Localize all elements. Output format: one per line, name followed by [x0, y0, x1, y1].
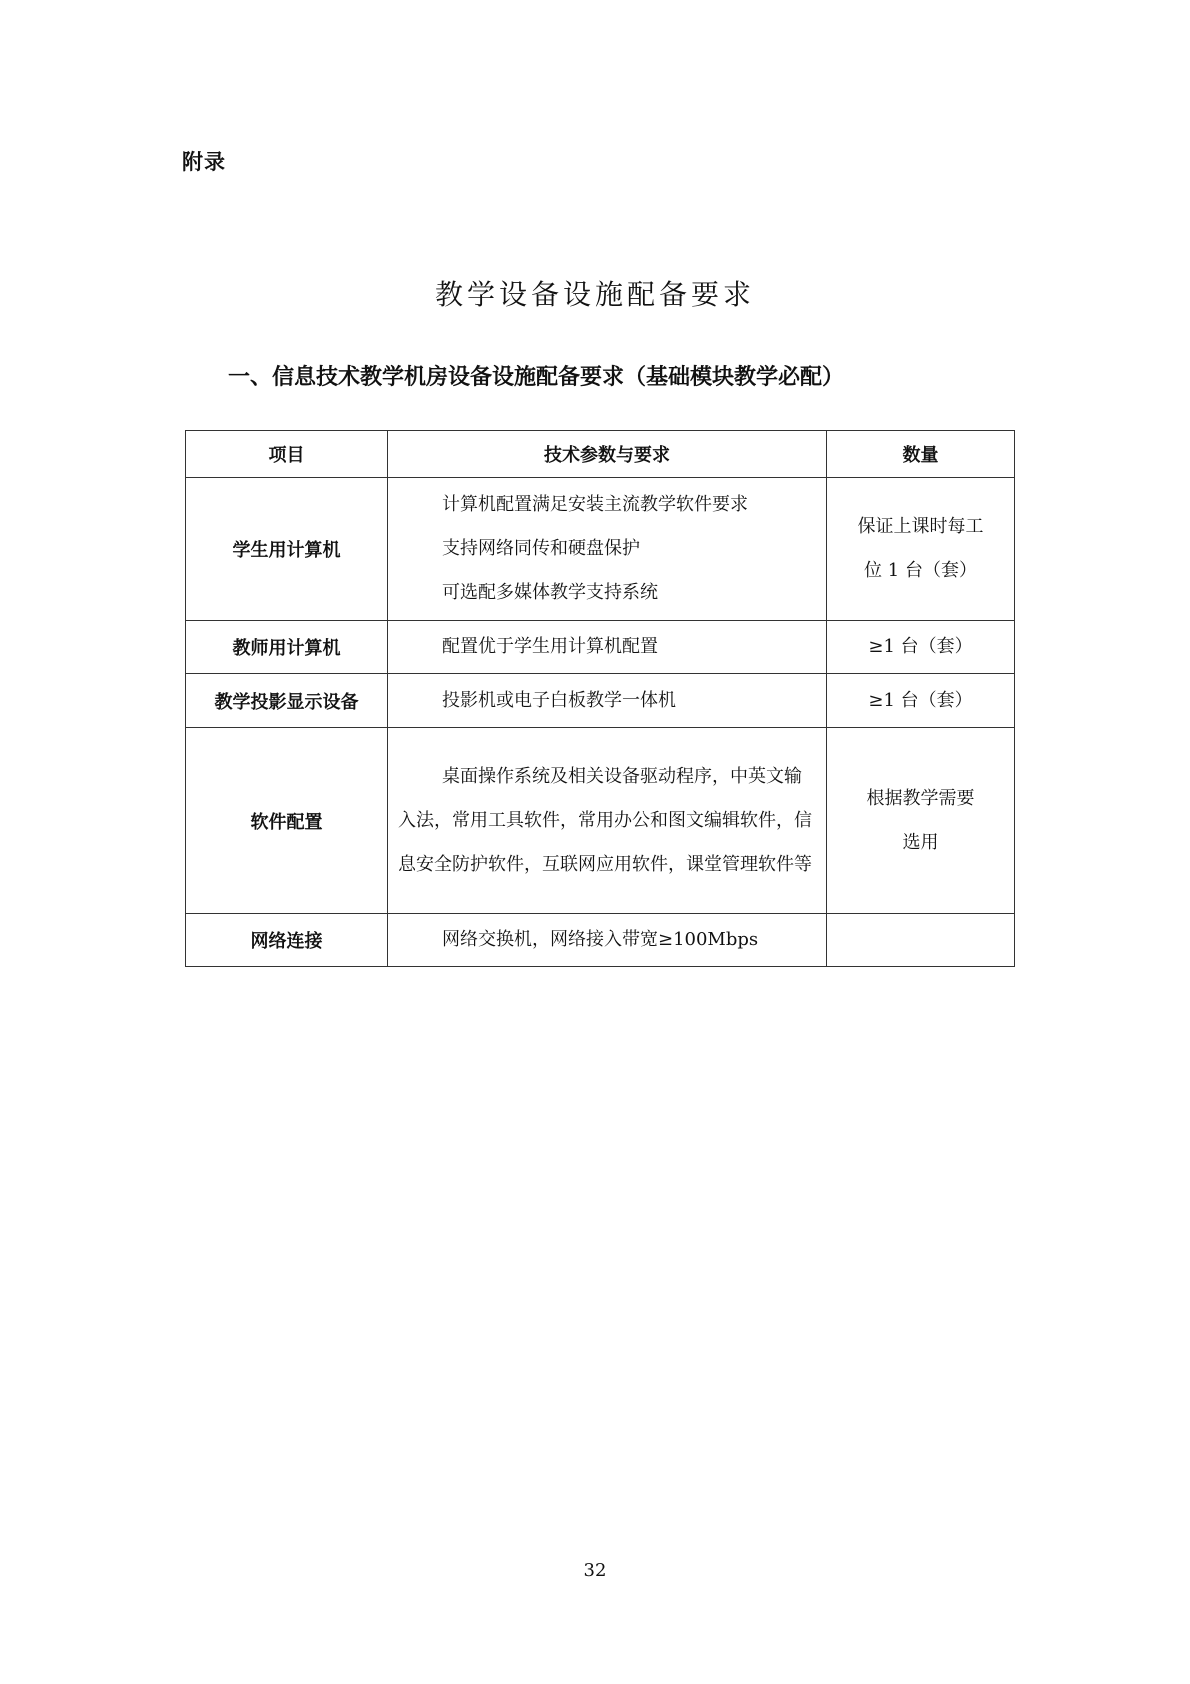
item-cell: 学生用计算机: [186, 478, 388, 621]
quantity-line: 位 1 台（套）: [827, 549, 1014, 593]
column-header-spec: 技术参数与要求: [388, 431, 827, 478]
quantity-line: 根据教学需要: [827, 777, 1014, 821]
spec-cell: 配置优于学生用计算机配置: [388, 621, 827, 674]
column-header-item: 项目: [186, 431, 388, 478]
item-cell: 教学投影显示设备: [186, 674, 388, 728]
equipment-requirements-table: 项目 技术参数与要求 数量 学生用计算机 计算机配置满足安装主流教学软件要求 支…: [185, 430, 1015, 967]
item-cell: 教师用计算机: [186, 621, 388, 674]
spec-cell: 投影机或电子白板教学一体机: [388, 674, 827, 728]
table-row: 软件配置 桌面操作系统及相关设备驱动程序，中英文输入法，常用工具软件，常用办公和…: [186, 728, 1015, 914]
quantity-cell: [827, 914, 1015, 967]
page-number: 32: [0, 1560, 1190, 1581]
spec-line: 计算机配置满足安装主流教学软件要求: [442, 483, 826, 527]
table-row: 网络连接 网络交换机，网络接入带宽≥100Mbps: [186, 914, 1015, 967]
document-title: 教学设备设施配备要求: [0, 273, 1190, 313]
spec-cell: 网络交换机，网络接入带宽≥100Mbps: [388, 914, 827, 967]
spec-cell: 桌面操作系统及相关设备驱动程序，中英文输入法，常用工具软件，常用办公和图文编辑软…: [388, 728, 827, 914]
spec-text: 桌面操作系统及相关设备驱动程序，中英文输入法，常用工具软件，常用办公和图文编辑软…: [388, 755, 826, 887]
appendix-label: 附录: [182, 146, 226, 176]
spec-text: 网络交换机，网络接入带宽≥100Mbps: [388, 918, 826, 962]
item-cell: 软件配置: [186, 728, 388, 914]
section-heading: 一、信息技术教学机房设备设施配备要求（基础模块教学必配）: [228, 360, 844, 391]
quantity-cell: ≥1 台（套）: [827, 621, 1015, 674]
spec-cell: 计算机配置满足安装主流教学软件要求 支持网络同传和硬盘保护 可选配多媒体教学支持…: [388, 478, 827, 621]
table-row: 学生用计算机 计算机配置满足安装主流教学软件要求 支持网络同传和硬盘保护 可选配…: [186, 478, 1015, 621]
column-header-quantity: 数量: [827, 431, 1015, 478]
spec-line: 支持网络同传和硬盘保护: [442, 527, 826, 571]
quantity-cell: 根据教学需要 选用: [827, 728, 1015, 914]
table-row: 教学投影显示设备 投影机或电子白板教学一体机 ≥1 台（套）: [186, 674, 1015, 728]
quantity-cell: ≥1 台（套）: [827, 674, 1015, 728]
item-cell: 网络连接: [186, 914, 388, 967]
spec-text: 配置优于学生用计算机配置: [388, 625, 826, 669]
spec-text: 投影机或电子白板教学一体机: [388, 679, 826, 723]
table-row: 教师用计算机 配置优于学生用计算机配置 ≥1 台（套）: [186, 621, 1015, 674]
quantity-line: 选用: [827, 821, 1014, 865]
quantity-cell: 保证上课时每工 位 1 台（套）: [827, 478, 1015, 621]
spec-line: 可选配多媒体教学支持系统: [442, 571, 826, 615]
quantity-line: 保证上课时每工: [827, 505, 1014, 549]
table-header-row: 项目 技术参数与要求 数量: [186, 431, 1015, 478]
